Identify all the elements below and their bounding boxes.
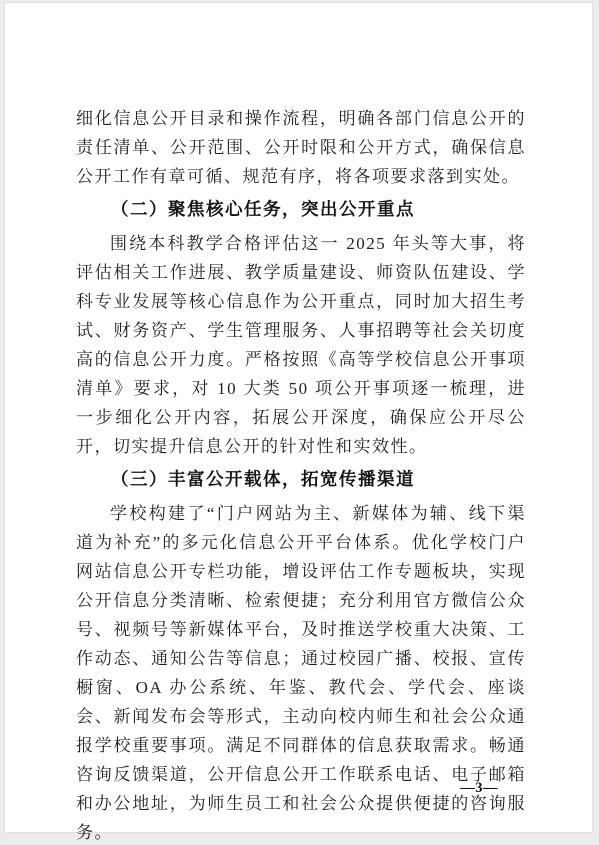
section-heading-2: （二）聚焦核心任务，突出公开重点 [76,195,526,224]
page-number: —3— [460,779,498,797]
body-paragraph-section-3: 学校构建了“门户网站为主、新媒体为辅、线下渠道为补充”的多元化信息公开平台体系。… [76,499,526,845]
body-paragraph-section-2: 围绕本科教学合格评估这一 2025 年头等大事，将评估相关工作进展、教学质量建设… [76,229,526,461]
section-heading-3: （三）丰富公开载体，拓宽传播渠道 [76,465,526,494]
document-page: 细化信息公开目录和操作流程，明确各部门信息公开的责任清单、公开范围、公开时限和公… [4,2,593,833]
document-content: 细化信息公开目录和操作流程，明确各部门信息公开的责任清单、公开范围、公开时限和公… [76,104,526,845]
body-paragraph-continuation: 细化信息公开目录和操作流程，明确各部门信息公开的责任清单、公开范围、公开时限和公… [76,104,526,191]
